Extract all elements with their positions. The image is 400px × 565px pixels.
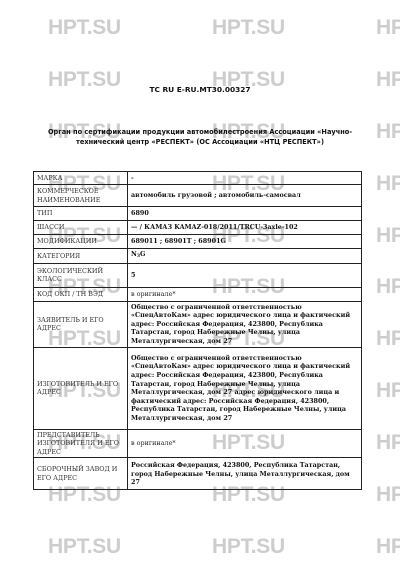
row-label: МОДИФИКАЦИИ: [34, 235, 128, 249]
watermark-text: HPT.SU: [376, 484, 400, 505]
row-label: СБОРОЧНЫЙ ЗАВОД И ЕГО АДРЕС: [34, 458, 128, 490]
row-label: КАТЕГОРИЯ: [34, 249, 128, 264]
row-value: Общество с ограниченной ответственностью…: [128, 347, 362, 429]
watermark-text: HPT.SU: [48, 17, 121, 38]
table-row-brand: МАРКА -: [34, 172, 362, 185]
watermark-text: HPT.SU: [376, 432, 400, 453]
watermark-text: HPT.SU: [376, 328, 400, 349]
watermark-text: HPT.SU: [376, 17, 400, 38]
table-row-modifications: МОДИФИКАЦИИ 689011 ; 68901T ; 68901G: [34, 235, 362, 249]
table-row-applicant: ЗАЯВИТЕЛЬ И ЕГО АДРЕС Общество с огранич…: [34, 301, 362, 347]
watermark-text: HPT.SU: [376, 380, 400, 401]
table-row-assembly-plant: СБОРОЧНЫЙ ЗАВОД И ЕГО АДРЕС Российская Ф…: [34, 458, 362, 490]
row-label: КОД ОКП / ТН ВЭД: [34, 287, 128, 301]
table-row-category: КАТЕГОРИЯ N3G: [34, 249, 362, 264]
row-value: Российская Федерация, 423800, Республика…: [128, 458, 362, 490]
table-row-eco-class: ЭКОЛОГИЧЕСКИЙ КЛАСС 5: [34, 263, 362, 287]
row-value: — / КАМАЗ KAMAZ-018/2011/TRCU-3axle-102: [128, 221, 362, 235]
row-value: N3G: [128, 249, 362, 264]
watermark-text: HPT.SU: [212, 536, 285, 557]
row-label: КОММЕРЧЕСКОЕ НАИМЕНОВАНИЕ: [34, 185, 128, 207]
table-row-commercial-name: КОММЕРЧЕСКОЕ НАИМЕНОВАНИЕ автомобиль гру…: [34, 185, 362, 207]
row-label: ШАССИ: [34, 221, 128, 235]
certification-body: Орган по сертификации продукции автомоби…: [40, 127, 360, 147]
row-value: 6890: [128, 207, 362, 221]
table-row-manufacturer-representative: ПРЕДСТАВИТЕЛЬ ИЗГОТОВИТЕЛЯ И ЕГО АДРЕС в…: [34, 429, 362, 458]
row-value: 5: [128, 263, 362, 287]
row-label: ТИП: [34, 207, 128, 221]
row-label: МАРКА: [34, 172, 128, 185]
row-value: -: [128, 172, 362, 185]
watermark-text: HPT.SU: [376, 121, 400, 142]
row-label: ИЗГОТОВИТЕЛЬ И ЕГО АДРЕС: [34, 347, 128, 429]
row-value: в оригинале*: [128, 429, 362, 458]
category-suffix: G: [140, 250, 145, 258]
watermark-text: HPT.SU: [376, 225, 400, 246]
watermark-text: HPT.SU: [376, 173, 400, 194]
watermark-text: HPT.SU: [376, 536, 400, 557]
watermark-text: HPT.SU: [48, 536, 121, 557]
table-row-manufacturer: ИЗГОТОВИТЕЛЬ И ЕГО АДРЕС Общество с огра…: [34, 347, 362, 429]
row-value: автомобиль грузовой ; автомобиль-самосва…: [128, 185, 362, 207]
certificate-table: МАРКА - КОММЕРЧЕСКОЕ НАИМЕНОВАНИЕ автомо…: [33, 171, 362, 490]
row-value: в оригинале*: [128, 287, 362, 301]
row-label: ЗАЯВИТЕЛЬ И ЕГО АДРЕС: [34, 301, 128, 347]
table-row-type: ТИП 6890: [34, 207, 362, 221]
table-row-okp-code: КОД ОКП / ТН ВЭД в оригинале*: [34, 287, 362, 301]
row-value: 689011 ; 68901T ; 68901G: [128, 235, 362, 249]
row-value: Общество с ограниченной ответственностью…: [128, 301, 362, 347]
table-row-chassis: ШАССИ — / КАМАЗ KAMAZ-018/2011/TRCU-3axl…: [34, 221, 362, 235]
certificate-number: ТС RU E-RU.МТ30.00327: [0, 85, 400, 94]
row-label: ЭКОЛОГИЧЕСКИЙ КЛАСС: [34, 263, 128, 287]
watermark-text: HPT.SU: [212, 17, 285, 38]
row-label: ПРЕДСТАВИТЕЛЬ ИЗГОТОВИТЕЛЯ И ЕГО АДРЕС: [34, 429, 128, 458]
watermark-text: HPT.SU: [376, 276, 400, 297]
